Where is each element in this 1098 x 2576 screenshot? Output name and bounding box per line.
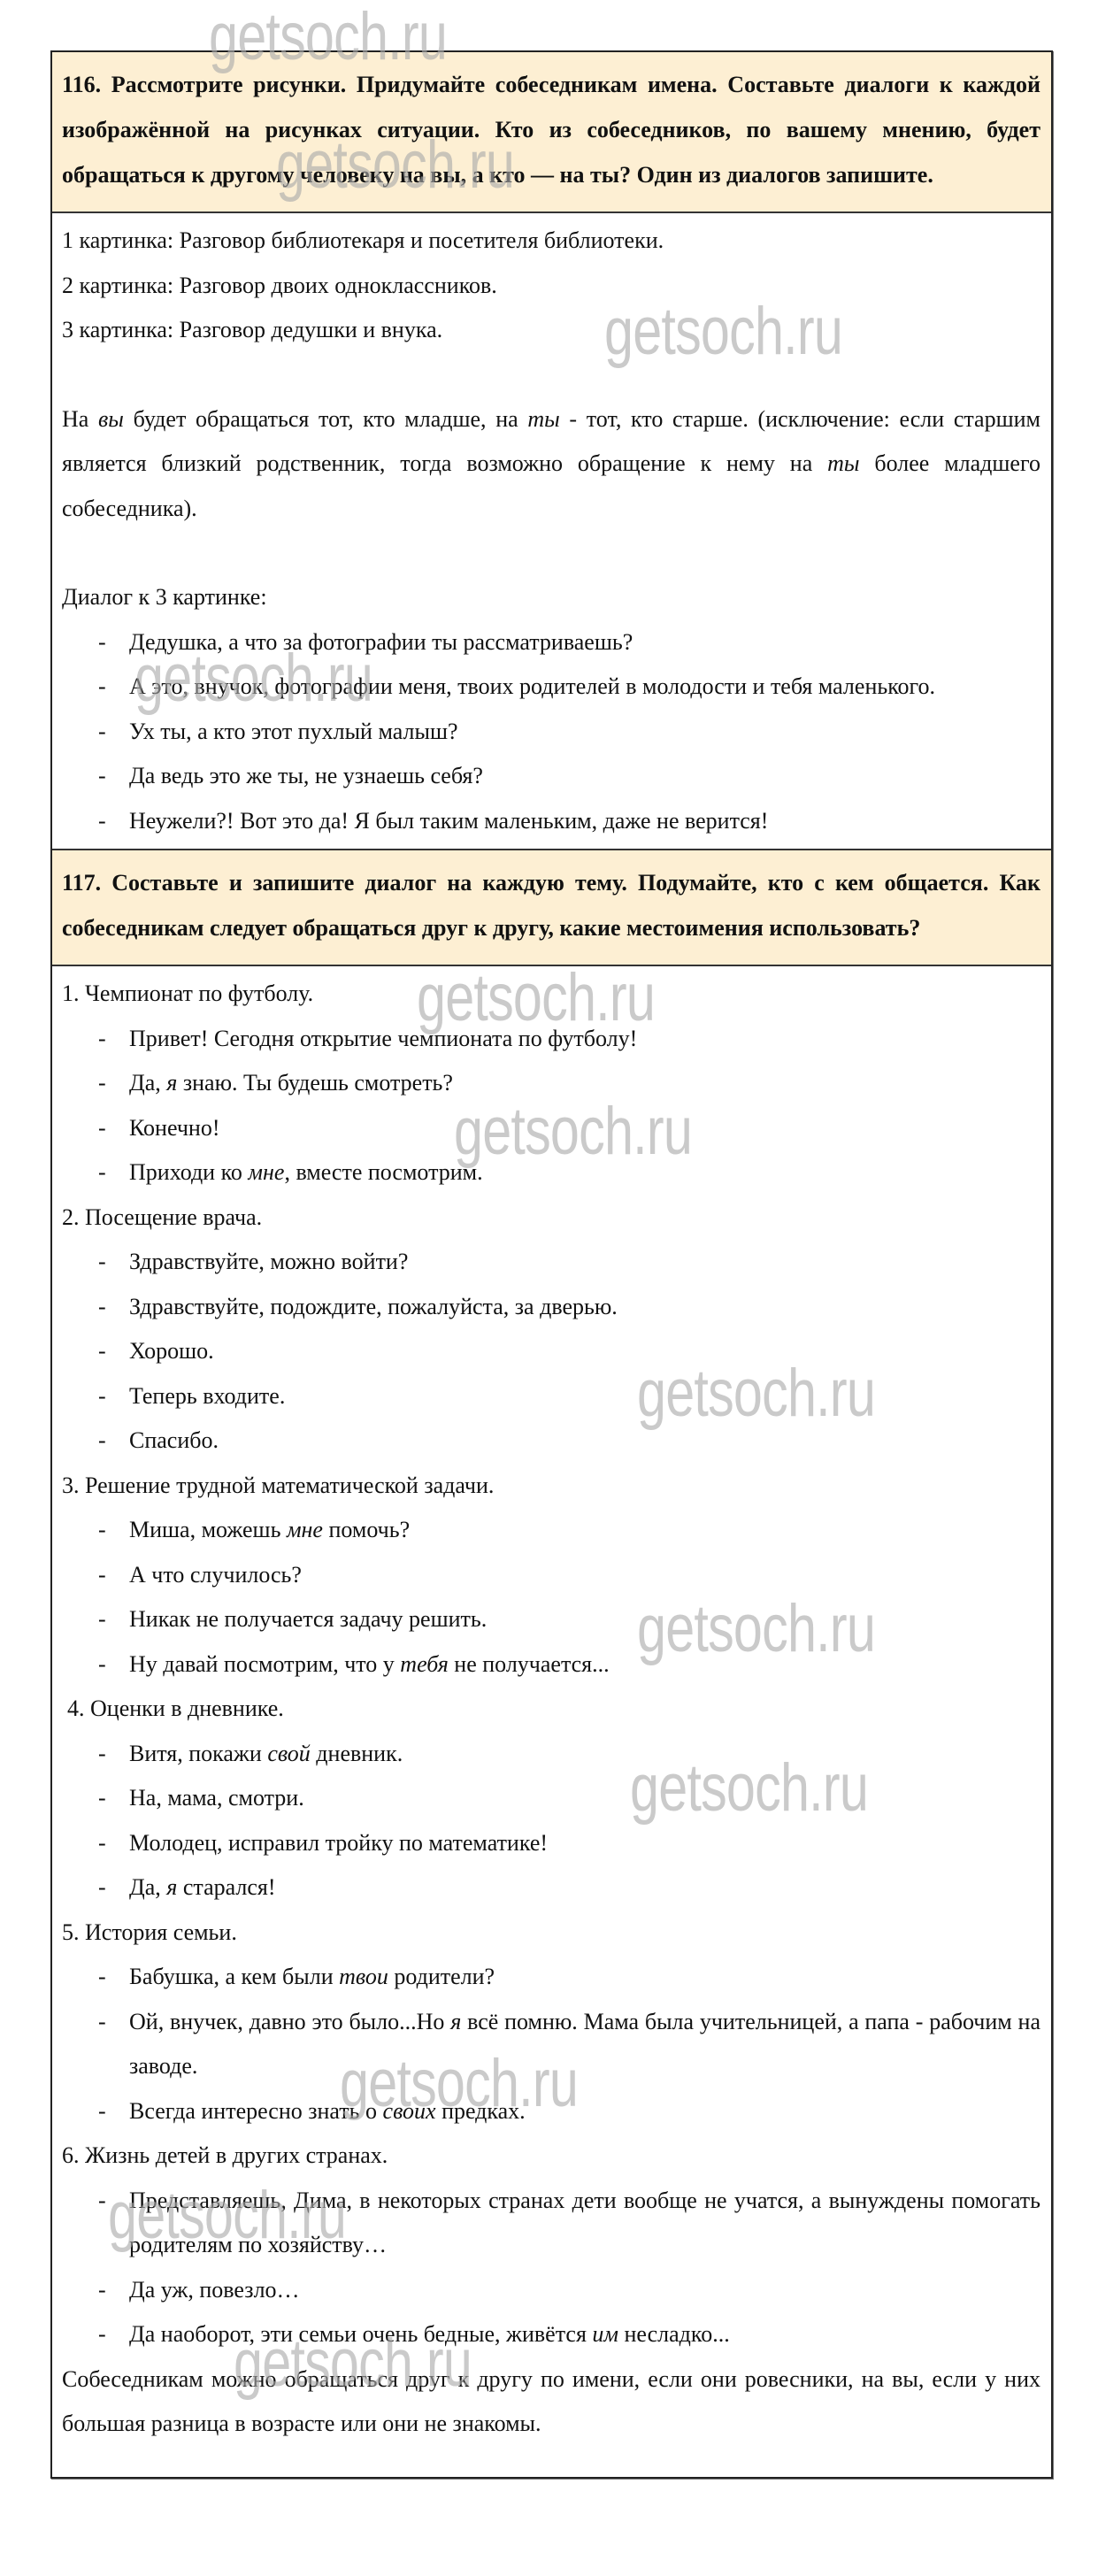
dialog-text: Молодец, исправил тройку по математике! [129, 1830, 548, 1856]
dialog-text: старался! [177, 1874, 275, 1900]
dialog-text: Привет! Сегодня открытие чемпионата по ф… [129, 1026, 637, 1051]
dialog-text: , вместе посмотрим. [284, 1159, 482, 1185]
task-116-header: 116. Рассмотрите рисунки. Придумайте соб… [52, 52, 1051, 213]
dialog-text: Теперь входите. [129, 1383, 285, 1409]
spacer [62, 353, 1040, 397]
dialog-line: -Молодец, исправил тройку по математике! [62, 1821, 1040, 1866]
dash-marker: - [98, 1776, 106, 1821]
dialog-text: Бабушка, а кем были [129, 1964, 339, 1989]
dialog-line: -Ух ты, а кто этот пухлый малыш? [62, 710, 1040, 755]
dialog-line: -Да ведь это же ты, не узнаешь себя? [62, 754, 1040, 799]
dash-marker: - [98, 2312, 106, 2357]
dialog-text: А что случилось? [129, 1562, 302, 1588]
dialog-line: -Да уж, повезло… [62, 2268, 1040, 2313]
homework-answer-sheet: 116. Рассмотрите рисунки. Придумайте соб… [50, 50, 1053, 2479]
dialog-text: Хорошо. [129, 1338, 214, 1364]
dialog-line: -Привет! Сегодня открытие чемпионата по … [62, 1017, 1040, 1062]
dash-marker: - [98, 1017, 106, 1062]
dash-marker: - [98, 2268, 106, 2313]
dialog-text: А это, внучок, фотографии меня, твоих ро… [129, 673, 935, 699]
dialog-line: -Приходи ко мне, вместе посмотрим. [62, 1150, 1040, 1196]
dialog-text: Всегда интересно знать о [129, 2098, 383, 2124]
dialog-text: Миша, можешь [129, 1517, 287, 1542]
conclusion-paragraph: Собеседникам можно обращаться друг к дру… [62, 2357, 1040, 2447]
dialog-text: Да ведь это же ты, не узнаешь себя? [129, 763, 483, 788]
pronoun-italic: ты [527, 406, 559, 432]
dialog-line: -Да, я старался! [62, 1865, 1040, 1911]
dialog-text: предках. [436, 2098, 526, 2124]
dialog-text: Представляешь, Дима, в некоторых странах… [129, 2188, 1040, 2258]
dialog-text: Спасибо. [129, 1427, 219, 1453]
dialog-line: -А что случилось? [62, 1553, 1040, 1598]
dialog-line: -Дедушка, а что за фотографии ты рассмат… [62, 620, 1040, 665]
dialog-text: Да наоборот, эти семьи очень бедные, жив… [129, 2321, 592, 2347]
picture-description: 2 картинка: Разговор двоих однокласснико… [62, 264, 1040, 309]
pronoun-italic: тебя [400, 1651, 449, 1677]
dash-marker: - [98, 2000, 106, 2045]
dialog-text: На, мама, смотри. [129, 1785, 304, 1811]
task-116-answer: 1 картинка: Разговор библиотекаря и посе… [52, 213, 1051, 849]
dash-marker: - [98, 620, 106, 665]
dialog-text: Никак не получается задачу решить. [129, 1606, 487, 1632]
text-run: На [62, 406, 98, 432]
task-117-header: 117. Составьте и запишите диалог на кажд… [52, 849, 1051, 966]
dialog-text: Здравствуйте, можно войти? [129, 1249, 408, 1274]
pronoun-italic: я [166, 1070, 177, 1096]
dash-marker: - [98, 1419, 106, 1464]
dialog-text: Да, [129, 1874, 166, 1900]
dialog-text: Здравствуйте, подождите, пожалуйста, за … [129, 1294, 618, 1319]
topic-list: 1. Чемпионат по футболу.-Привет! Сегодня… [62, 972, 1040, 2357]
dash-marker: - [98, 1150, 106, 1196]
dialog-text: Дедушка, а что за фотографии ты рассматр… [129, 629, 633, 655]
dialog-text: Витя, покажи [129, 1741, 267, 1766]
pronoun-italic: мне [287, 1517, 323, 1542]
dash-marker: - [98, 1240, 106, 1285]
dash-marker: - [98, 1329, 106, 1374]
pronoun-italic: мне [248, 1159, 284, 1185]
pronoun-italic: я [166, 1874, 177, 1900]
dash-marker: - [98, 1508, 106, 1553]
dialog-text: Неужели?! Вот это да! Я был таким малень… [129, 808, 768, 834]
dialog-line: -Хорошо. [62, 1329, 1040, 1374]
dialog-text: Приходи ко [129, 1159, 248, 1185]
dialog-line: -Никак не получается задачу решить. [62, 1597, 1040, 1642]
spacer [62, 531, 1040, 575]
dash-marker: - [98, 665, 106, 710]
dash-marker: - [98, 754, 106, 799]
dialog-text: Да уж, повезло… [129, 2277, 300, 2303]
dash-marker: - [98, 1106, 106, 1151]
dialog-line: -Миша, можешь мне помочь? [62, 1508, 1040, 1553]
dash-marker: - [98, 799, 106, 844]
picture-description: 3 картинка: Разговор дедушки и внука. [62, 308, 1040, 353]
dash-marker: - [98, 2179, 106, 2224]
dash-marker: - [98, 2089, 106, 2134]
dialog-line: -Ну давай посмотрим, что у тебя не получ… [62, 1642, 1040, 1688]
dialog-text: Ух ты, а кто этот пухлый малыш? [129, 719, 458, 744]
dash-marker: - [98, 1374, 106, 1419]
pronoun-italic: твои [339, 1964, 388, 1989]
dialog-line: -Спасибо. [62, 1419, 1040, 1464]
dialog-line: -Ой, внучек, давно это было...Но я всё п… [62, 2000, 1040, 2089]
dialog-text: не получается... [449, 1651, 610, 1677]
dash-marker: - [98, 1285, 106, 1330]
pronoun-italic: я [450, 2009, 461, 2034]
pronoun-italic: своих [383, 2098, 436, 2124]
pronoun-italic: свой [267, 1741, 310, 1766]
pronoun-italic: вы [98, 406, 124, 432]
dialog-line: -Представляешь, Дима, в некоторых страна… [62, 2179, 1040, 2268]
dash-marker: - [98, 1597, 106, 1642]
dash-marker: - [98, 1642, 106, 1688]
dialog-line: -Здравствуйте, можно войти? [62, 1240, 1040, 1285]
dialog-text: несладко... [618, 2321, 730, 2347]
dialog-text: дневник. [311, 1741, 403, 1766]
dialog-text: знаю. Ты будешь смотреть? [177, 1070, 453, 1096]
topic-title: 5. История семьи. [62, 1911, 1040, 1956]
dash-marker: - [98, 1955, 106, 2000]
topic-title: 3. Решение трудной математической задачи… [62, 1464, 1040, 1509]
dash-marker: - [98, 1732, 106, 1777]
dialog-line: -Да наоборот, эти семьи очень бедные, жи… [62, 2312, 1040, 2357]
dialog-line: -Всегда интересно знать о своих предках. [62, 2089, 1040, 2134]
text-run: будет обращаться тот, кто младше, на [124, 406, 527, 432]
dialog-text: Ой, внучек, давно это было...Но [129, 2009, 450, 2034]
dash-marker: - [98, 1821, 106, 1866]
dialog-line: -Неужели?! Вот это да! Я был таким мален… [62, 799, 1040, 844]
dash-marker: - [98, 1553, 106, 1598]
dialog-line: -Конечно! [62, 1106, 1040, 1151]
picture-description: 1 картинка: Разговор библиотекаря и посе… [62, 219, 1040, 264]
dialog-line: -Витя, покажи свой дневник. [62, 1732, 1040, 1777]
explanation-paragraph: На вы будет обращаться тот, кто младше, … [62, 397, 1040, 532]
pronoun-italic: ты [827, 450, 859, 476]
pronoun-italic: им [592, 2321, 618, 2347]
topic-title: 6. Жизнь детей в других странах. [62, 2134, 1040, 2179]
dialog-line: -А это, внучок, фотографии меня, твоих р… [62, 665, 1040, 710]
dialog-text: родители? [388, 1964, 495, 1989]
dialog-text: Ну давай посмотрим, что у [129, 1651, 400, 1677]
dialog-line: -Теперь входите. [62, 1374, 1040, 1419]
topic-title: 1. Чемпионат по футболу. [62, 972, 1040, 1017]
topic-title: 2. Посещение врача. [62, 1196, 1040, 1241]
dialog-text: Конечно! [129, 1115, 220, 1141]
dash-marker: - [98, 710, 106, 755]
task-117-answer: 1. Чемпионат по футболу.-Привет! Сегодня… [52, 966, 1051, 2477]
dialog-line: -Да, я знаю. Ты будешь смотреть? [62, 1061, 1040, 1106]
dialog-line: -Здравствуйте, подождите, пожалуйста, за… [62, 1285, 1040, 1330]
dialog-line: -Бабушка, а кем были твои родители? [62, 1955, 1040, 2000]
dialog-title: Диалог к 3 картинке: [62, 575, 1040, 620]
dialog-line: -На, мама, смотри. [62, 1776, 1040, 1821]
dialog-list: -Дедушка, а что за фотографии ты рассмат… [62, 620, 1040, 844]
dialog-text: Да, [129, 1070, 166, 1096]
dialog-text: помочь? [323, 1517, 410, 1542]
dash-marker: - [98, 1865, 106, 1911]
topic-title: 4. Оценки в дневнике. [62, 1687, 1040, 1732]
dash-marker: - [98, 1061, 106, 1106]
